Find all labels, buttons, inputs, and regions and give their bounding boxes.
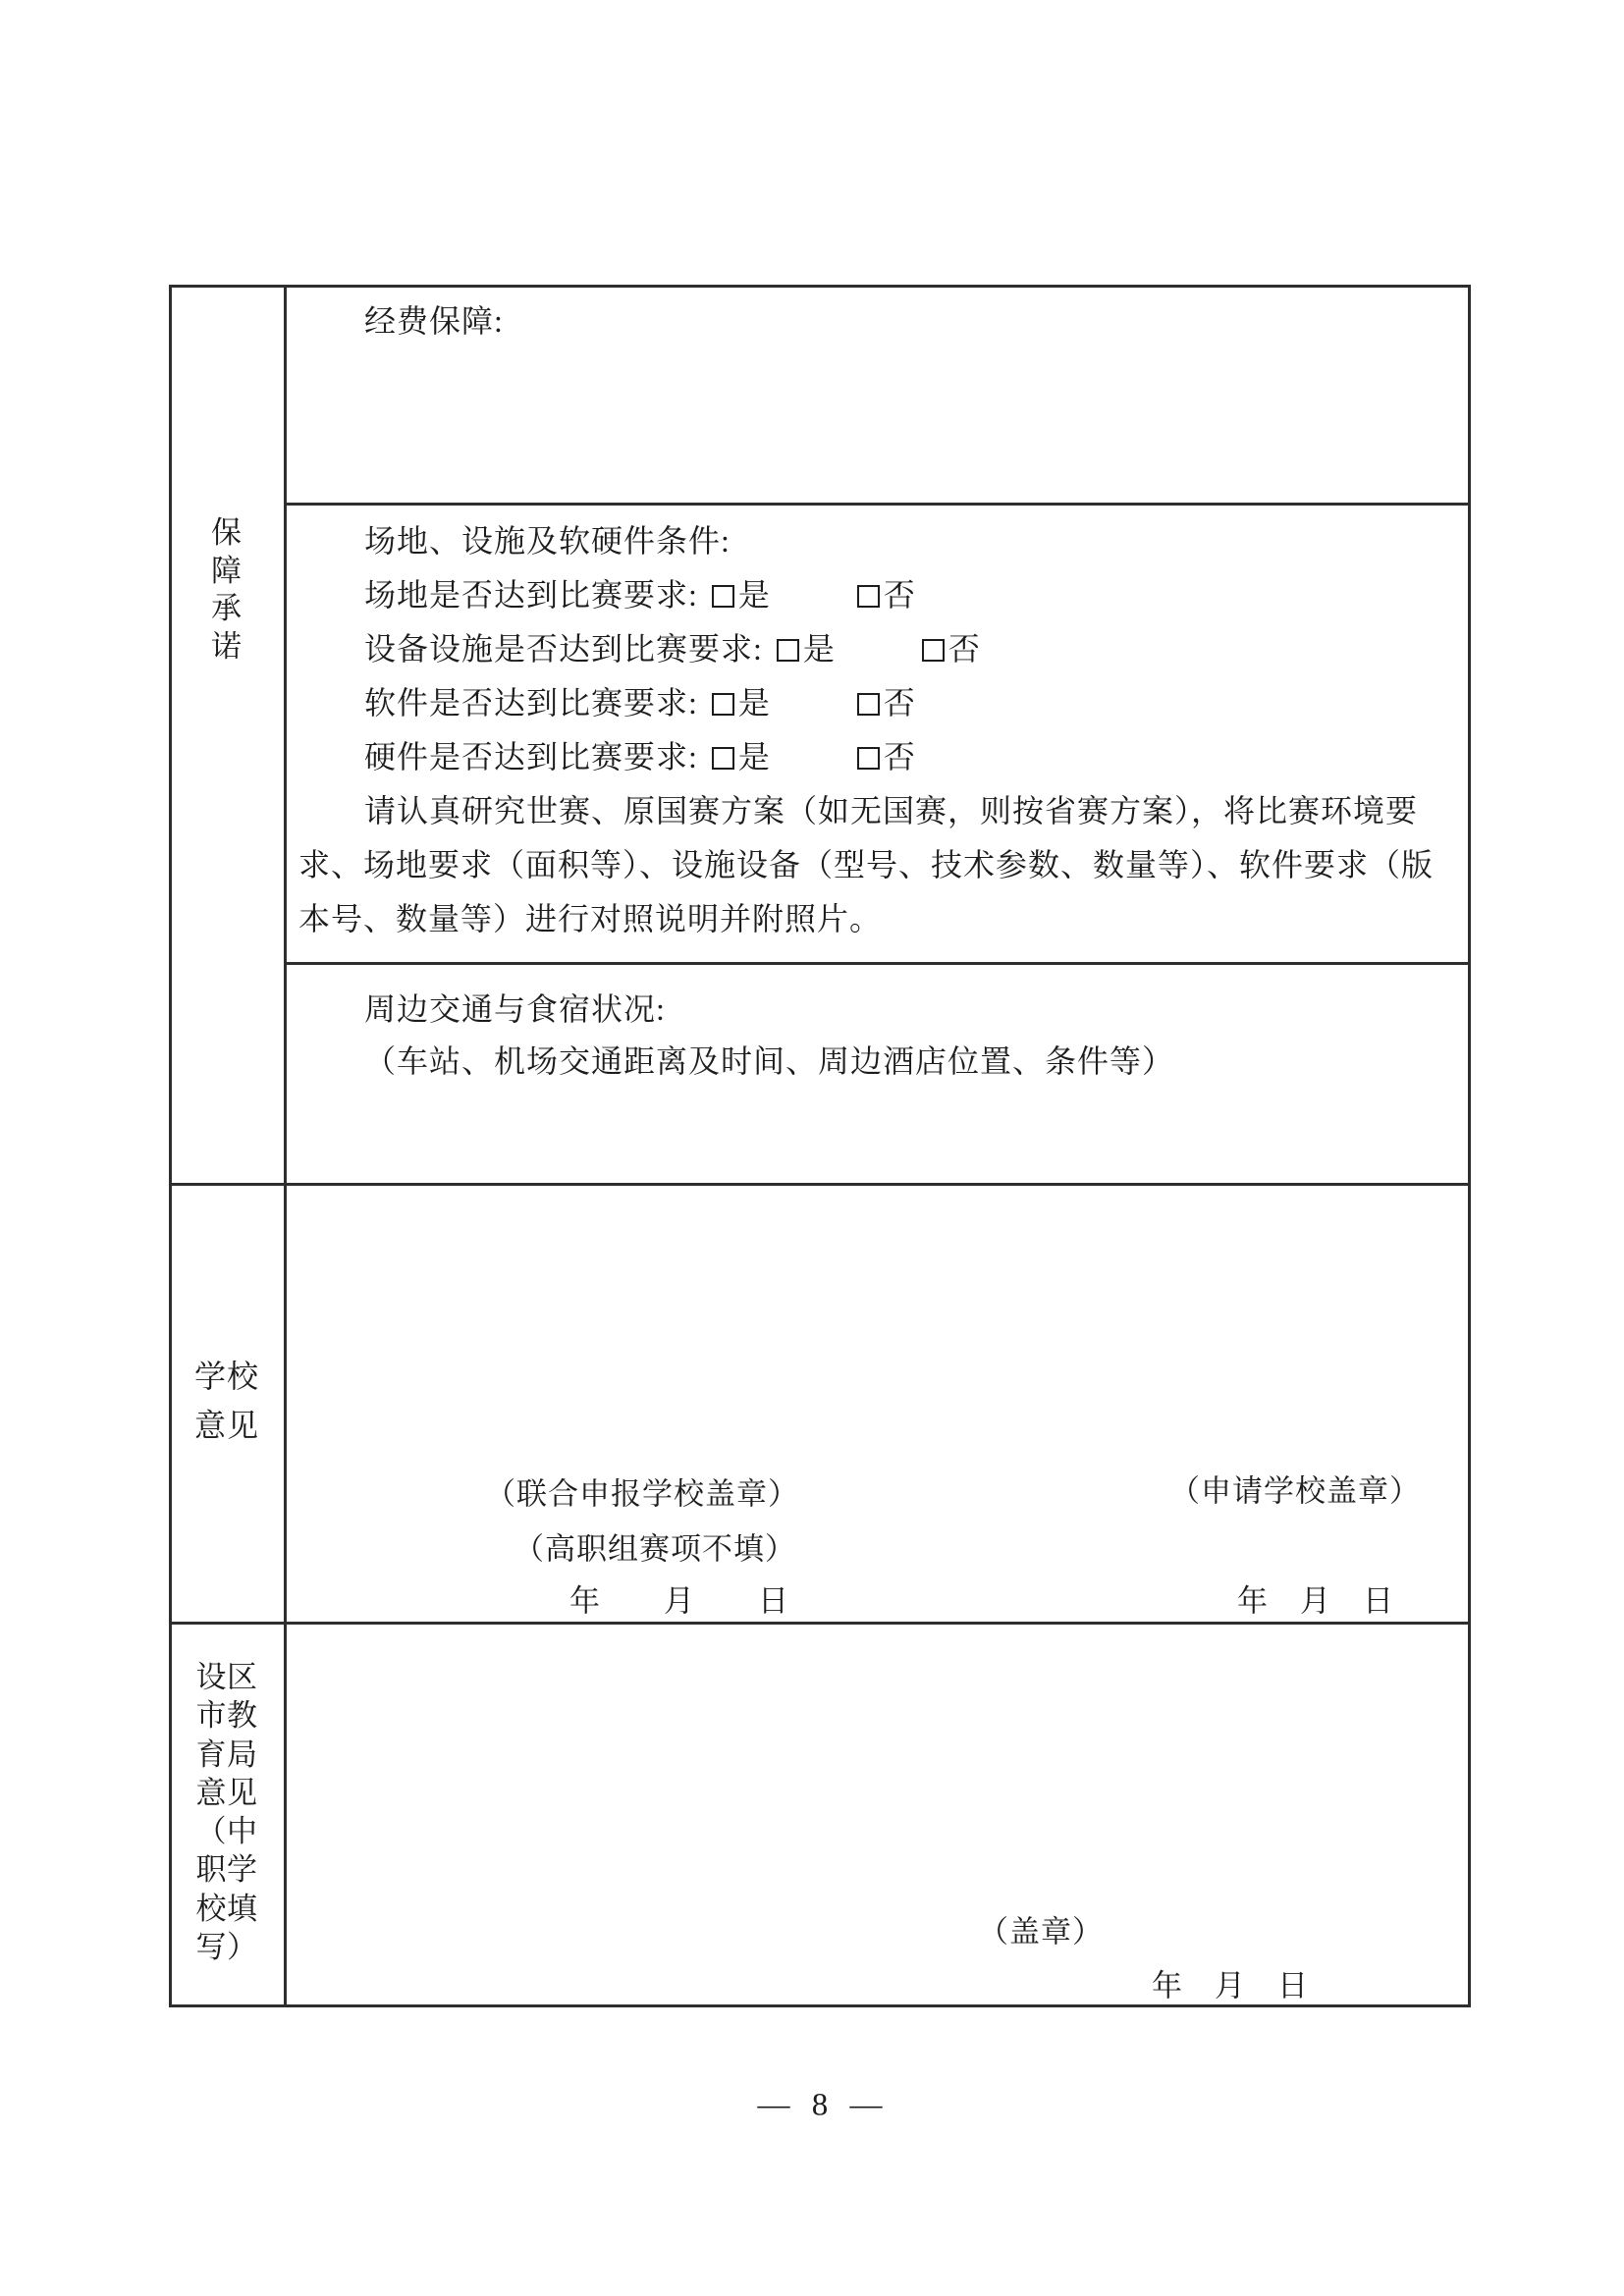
checkbox-row-venue: 场地是否达到比赛要求:是否 (298, 568, 1462, 622)
page-number: — 8 — (758, 2088, 883, 2124)
checkbox-row-equipment: 设备设施是否达到比赛要求:是否 (298, 622, 1462, 676)
checkbox-yes-icon (712, 747, 734, 770)
checkbox-question: 场地是否达到比赛要求: (364, 577, 698, 613)
checkbox-yes-icon (712, 585, 734, 608)
transport-cell: 周边交通与食宿状况: （车站、机场交通距离及时间、周边酒店位置、条件等） (298, 984, 1462, 1088)
facility-note-line: 本号、数量等）进行对照说明并附照片。 (298, 892, 1462, 946)
bureau-date-line: 年 月 日 (1152, 1961, 1309, 2005)
checkbox-yes-label: 是 (738, 577, 771, 613)
checkbox-no-label: 否 (884, 577, 916, 613)
checkbox-question: 硬件是否达到比赛要求: (364, 739, 698, 774)
school-opinion-row-label: 学校意见 (169, 1352, 285, 1450)
checkbox-no-icon (857, 585, 880, 608)
bureau-stamp-note: （盖章） (978, 1907, 1104, 1951)
checkbox-yes-label: 是 (738, 685, 771, 721)
form-page: 保障承诺 经费保障: 场地、设施及软硬件条件: 场地是否达到比赛要求:是否 设备… (0, 0, 1624, 2296)
facility-note-line: 请认真研究世赛、原国赛方案（如无国赛，则按省赛方案），将比赛环境要 (298, 784, 1462, 838)
checkbox-yes-icon (777, 639, 799, 662)
bureau-opinion-row-label: 设区市教育局意见（中职学校填写） (169, 1658, 285, 1966)
row-divider-guarantee-school (172, 1183, 1468, 1186)
checkbox-no-icon (922, 639, 945, 662)
checkbox-row-hardware: 硬件是否达到比赛要求:是否 (298, 730, 1462, 784)
checkbox-yes-label: 是 (738, 739, 771, 774)
row-divider-facility-transport (287, 962, 1468, 965)
checkbox-no-label: 否 (884, 685, 916, 721)
row-divider-school-bureau (172, 1622, 1468, 1625)
checkbox-no-label: 否 (948, 631, 981, 667)
checkbox-no-icon (857, 693, 880, 716)
higher-vocational-note: （高职组赛项不填） (514, 1524, 796, 1569)
applicant-school-stamp-note: （申请学校盖章） (1169, 1467, 1421, 1511)
checkbox-question: 设备设施是否达到比赛要求: (364, 631, 763, 667)
facility-cell: 场地、设施及软硬件条件: 场地是否达到比赛要求:是否 设备设施是否达到比赛要求:… (298, 514, 1462, 946)
checkbox-question: 软件是否达到比赛要求: (364, 685, 698, 721)
guarantee-row-label: 保障承诺 (169, 514, 285, 666)
transport-subtitle: （车站、机场交通距离及时间、周边酒店位置、条件等） (298, 1036, 1462, 1088)
transport-title: 周边交通与食宿状况: (298, 984, 1462, 1036)
row-divider-funding-facility (287, 503, 1468, 506)
applicant-school-date-line: 年 月 日 (1237, 1576, 1394, 1621)
checkbox-no-label: 否 (884, 739, 916, 774)
facility-note-line: 求、场地要求（面积等）、设施设备（型号、技术参数、数量等）、软件要求（版 (298, 838, 1462, 892)
joint-school-date-line: 年 月 日 (569, 1576, 789, 1621)
checkbox-yes-icon (712, 693, 734, 716)
facility-title: 场地、设施及软硬件条件: (298, 514, 1462, 568)
checkbox-no-icon (857, 747, 880, 770)
checkbox-row-software: 软件是否达到比赛要求:是否 (298, 676, 1462, 730)
checkbox-yes-label: 是 (803, 631, 836, 667)
funding-title: 经费保障: (364, 296, 504, 342)
joint-school-stamp-note: （联合申报学校盖章） (485, 1469, 799, 1514)
